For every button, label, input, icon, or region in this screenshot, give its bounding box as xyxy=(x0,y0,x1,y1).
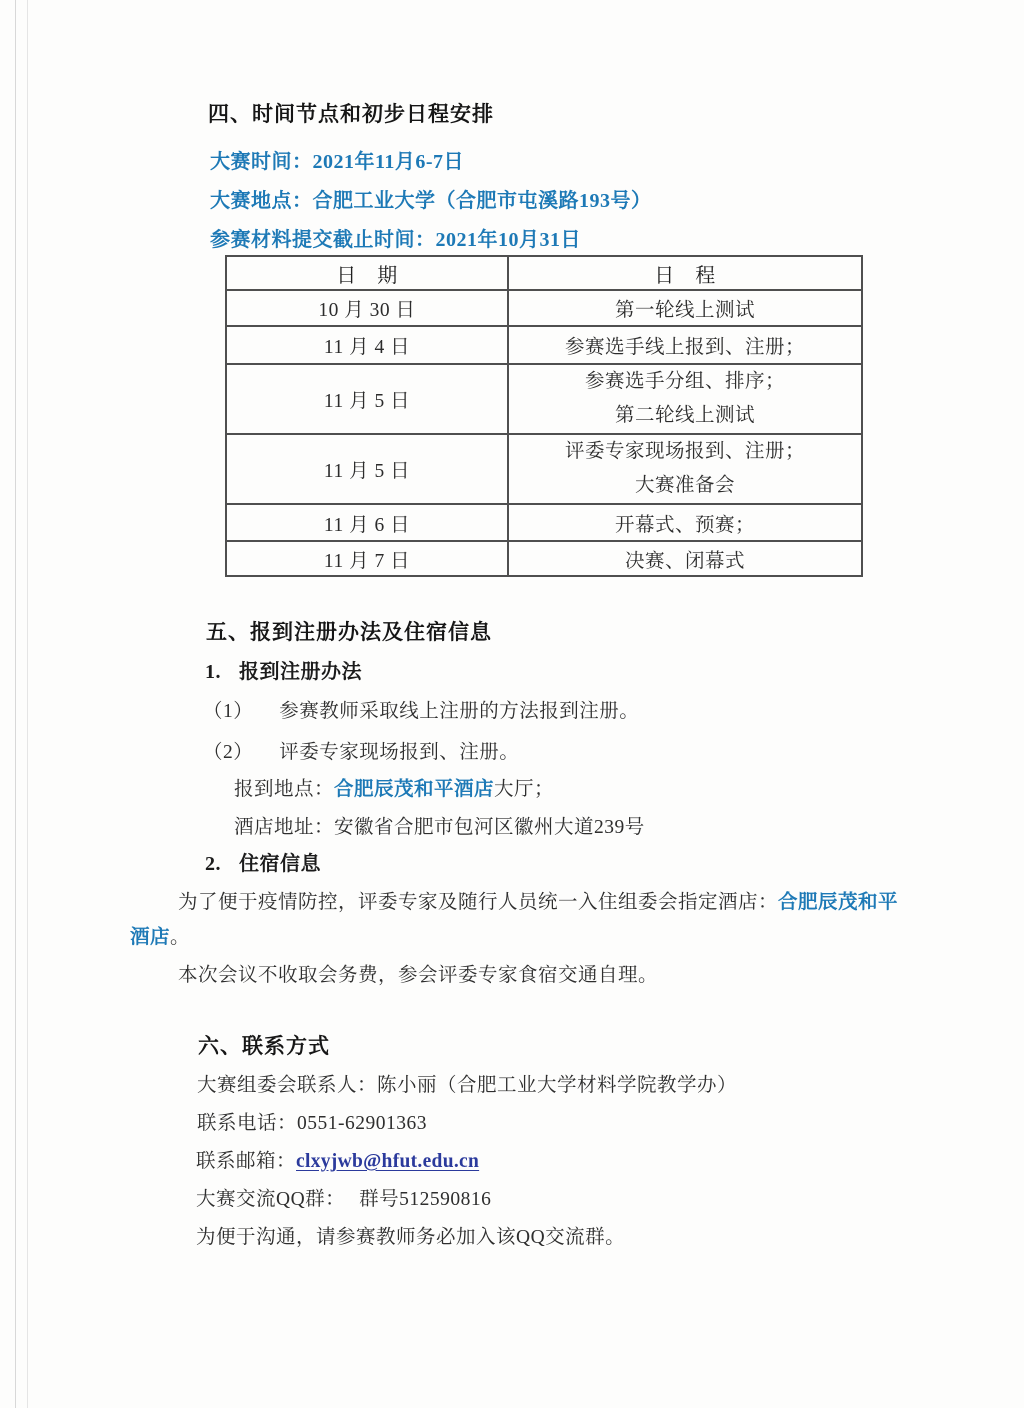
date-cell: 10 月 30 日 xyxy=(226,290,508,326)
date-cell: 11 月 4 日 xyxy=(226,326,508,364)
document-page: 四、时间节点和初步日程安排 大赛时间：2021年11月6-7日 大赛地点：合肥工… xyxy=(0,0,1024,1408)
checkin-location-suffix: 大厅； xyxy=(494,779,554,800)
checkin-hotel-name: 合肥辰茂和平酒店 xyxy=(334,779,494,800)
fee-note-line: 本次会议不收取会务费，参会评委专家食宿交通自理。 xyxy=(178,959,658,987)
schedule-line: 第二轮线上测试 xyxy=(509,399,861,433)
checkin-location-label: 报到地点： xyxy=(234,779,334,800)
email-link[interactable]: clxyjwb@hfut.edu.cn xyxy=(296,1151,479,1172)
checkin-location-line: 报到地点：合肥辰茂和平酒店大厅； xyxy=(234,773,554,801)
sub1-number: 1. xyxy=(205,661,221,684)
accommodation-paragraph-line2: 酒店。 xyxy=(130,921,190,949)
sentence-end: 。 xyxy=(170,927,190,948)
table-row: 11 月 4 日 参赛选手线上报到、注册； xyxy=(226,326,862,364)
contact-phone-line: 联系电话：0551-62901363 xyxy=(197,1107,427,1135)
contest-place-line: 大赛地点：合肥工业大学（合肥市屯溪路193号） xyxy=(210,184,652,213)
contact-person-line: 大赛组委会联系人：陈小丽（合肥工业大学材料学院教学办） xyxy=(197,1069,737,1097)
contest-time-line: 大赛时间：2021年11月6-7日 xyxy=(210,145,464,174)
sub2-title: 住宿信息 xyxy=(239,847,321,876)
schedule-cell: 评委专家现场报到、注册； 大赛准备会 xyxy=(508,434,862,504)
schedule-line: 评委专家现场报到、注册； xyxy=(509,435,861,469)
schedule-line: 大赛准备会 xyxy=(509,469,861,503)
schedule-line: 参赛选手分组、排序； xyxy=(509,365,861,399)
table-row: 11 月 7 日 决赛、闭幕式 xyxy=(226,541,862,576)
schedule-cell: 参赛选手分组、排序； 第二轮线上测试 xyxy=(508,364,862,434)
qq-group-label: 大赛交流QQ群： xyxy=(196,1189,345,1210)
item1-number: （1） xyxy=(203,695,253,723)
date-column-header: 日 期 xyxy=(226,256,508,290)
date-cell: 11 月 5 日 xyxy=(226,364,508,434)
sub2-number: 2. xyxy=(205,853,221,876)
sub2-heading: 2.住宿信息 xyxy=(205,847,321,876)
section6-heading: 六、联系方式 xyxy=(198,1030,330,1060)
date-cell: 11 月 7 日 xyxy=(226,541,508,576)
item1-text: 参赛教师采取线上注册的方法报到注册。 xyxy=(279,695,639,723)
table-header-row: 日 期 日 程 xyxy=(226,256,862,290)
item2-number: （2） xyxy=(203,736,253,764)
schedule-cell: 决赛、闭幕式 xyxy=(508,541,862,576)
table-row: 11 月 6 日 开幕式、预赛； xyxy=(226,504,862,541)
hotel-address-value: 安徽省合肥市包河区徽州大道239号 xyxy=(334,817,645,838)
item2-text: 评委专家现场报到、注册。 xyxy=(279,736,519,764)
scan-artifact-line xyxy=(27,0,28,1408)
schedule-cell: 开幕式、预赛； xyxy=(508,504,862,541)
checkin-item-1: （1）参赛教师采取线上注册的方法报到注册。 xyxy=(203,695,639,723)
designated-hotel-name: 合肥辰茂和平 xyxy=(778,892,898,913)
qq-group-number: 群号512590816 xyxy=(359,1183,491,1211)
hotel-address-line: 酒店地址：安徽省合肥市包河区徽州大道239号 xyxy=(234,811,645,839)
table-row: 11 月 5 日 评委专家现场报到、注册； 大赛准备会 xyxy=(226,434,862,504)
hotel-address-label: 酒店地址： xyxy=(234,817,334,838)
qq-group-line: 大赛交流QQ群：群号512590816 xyxy=(196,1183,491,1211)
sub1-heading: 1.报到注册办法 xyxy=(205,655,362,684)
schedule-cell: 第一轮线上测试 xyxy=(508,290,862,326)
accommodation-text: 为了便于疫情防控，评委专家及随行人员统一入住组委会指定酒店： xyxy=(178,892,778,913)
designated-hotel-name-cont: 酒店 xyxy=(130,927,170,948)
table-row: 11 月 5 日 参赛选手分组、排序； 第二轮线上测试 xyxy=(226,364,862,434)
table-row: 10 月 30 日 第一轮线上测试 xyxy=(226,290,862,326)
email-label: 联系邮箱： xyxy=(196,1151,296,1172)
qq-join-note-line: 为便于沟通，请参赛教师务必加入该QQ交流群。 xyxy=(196,1221,625,1249)
schedule-table: 日 期 日 程 10 月 30 日 第一轮线上测试 11 月 4 日 参赛选手线… xyxy=(225,255,863,577)
date-cell: 11 月 5 日 xyxy=(226,434,508,504)
accommodation-paragraph-line1: 为了便于疫情防控，评委专家及随行人员统一入住组委会指定酒店：合肥辰茂和平 xyxy=(178,886,898,914)
checkin-item-2: （2）评委专家现场报到、注册。 xyxy=(203,736,519,764)
scan-artifact-line xyxy=(15,0,16,1408)
section5-heading: 五、报到注册办法及住宿信息 xyxy=(206,616,492,646)
section4-heading: 四、时间节点和初步日程安排 xyxy=(208,98,494,128)
schedule-column-header: 日 程 xyxy=(508,256,862,290)
sub1-title: 报到注册办法 xyxy=(239,655,362,684)
material-deadline-line: 参赛材料提交截止时间：2021年10月31日 xyxy=(210,223,581,252)
date-cell: 11 月 6 日 xyxy=(226,504,508,541)
contact-email-line: 联系邮箱：clxyjwb@hfut.edu.cn xyxy=(196,1145,479,1173)
schedule-cell: 参赛选手线上报到、注册； xyxy=(508,326,862,364)
